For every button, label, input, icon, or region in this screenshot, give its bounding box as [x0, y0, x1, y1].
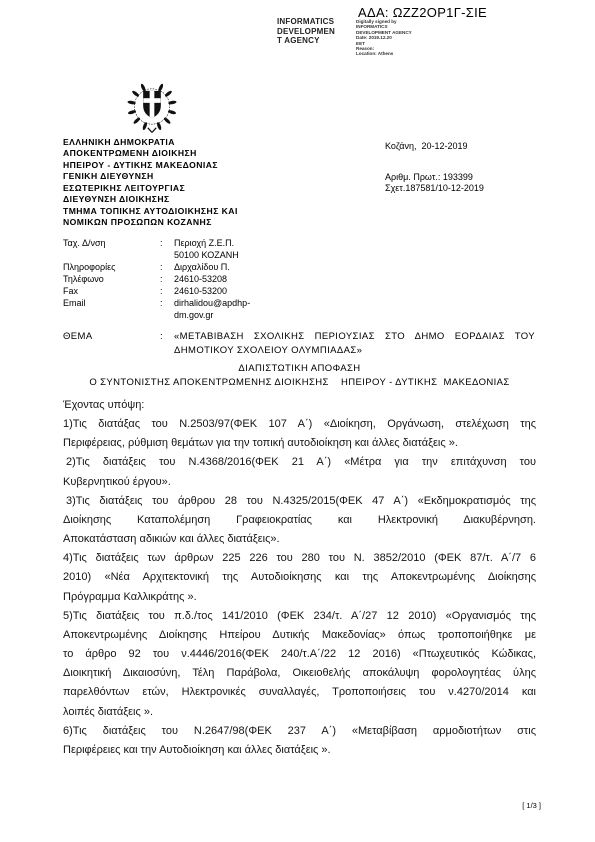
contact-row: Πληροφορίες : Διρχαλίδου Π. [63, 261, 250, 273]
org-line: ΤΜΗΜΑ ΤΟΠΙΚΗΣ ΑΥΤΟΔΙΟΙΚΗΣΗΣ ΚΑΙ [63, 206, 238, 217]
signature-agency-line: DEVELOPMEN [277, 27, 351, 37]
body-line: 3)Τις διατάξεις του άρθρου 28 του Ν.4325… [63, 492, 536, 511]
body-line: παρελθόντων ετών, Ηλεκτρονικές συναλλαγέ… [63, 683, 536, 702]
subject-colon: : [160, 330, 174, 357]
signature-detail-line: Location: Athens [356, 51, 446, 56]
coat-of-arms-icon [126, 78, 178, 140]
subject-text: «ΜΕΤΑΒΙΒΑΣΗ ΣΧΟΛΙΚΗΣ ΠΕΡΙΟΥΣΙΑΣ ΣΤΟ ΔΗΜΟ… [174, 330, 535, 357]
org-line: ΔΙΕΥΘΥΝΣΗ ΔΙΟΙΚΗΣΗΣ [63, 194, 238, 205]
contact-row: Ταχ. Δ/νση : Περιοχή Ζ.Ε.Π. 50100 ΚΟΖΑΝΗ [63, 237, 250, 261]
contact-value: Περιοχή Ζ.Ε.Π. 50100 ΚΟΖΑΝΗ [174, 237, 239, 261]
contact-label: Email [63, 297, 160, 321]
contact-label: Πληροφορίες [63, 261, 160, 273]
body-line: 4)Τις διατάξεις των άρθρων 225 226 του 2… [63, 549, 536, 568]
contact-row: Email : dirhalidou@apdhp- dm.gov.gr [63, 297, 250, 321]
subject-line: «ΜΕΤΑΒΙΒΑΣΗ ΣΧΟΛΙΚΗΣ ΠΕΡΙΟΥΣΙΑΣ ΣΤΟ ΔΗΜΟ… [174, 330, 535, 344]
document-body: Έχοντας υπόψη: 1)Τις διατάξας του Ν.2503… [63, 396, 536, 760]
subject-line: ΔΗΜΟΤΙΚΟΥ ΣΧΟΛΕΙΟΥ ΟΛΥΜΠΙΑΔΑΣ» [174, 344, 535, 358]
contact-value: 24610-53208 [174, 273, 227, 285]
signature-agency-line: INFORMATICS [277, 17, 351, 27]
body-line: το άρθρο 92 του ν.4446/2016(ΦΕΚ 240/τ.Α΄… [63, 645, 536, 664]
body-line: 1)Τις διατάξας του Ν.2503/97(ΦΕΚ 107 Α΄)… [63, 415, 536, 434]
body-line: 2)Τις διατάξεις του Ν.4368/2016(ΦΕΚ 21 Α… [63, 453, 536, 472]
decision-title: ΔΙΑΠΙΣΤΩΤΙΚΗ ΑΠΟΦΑΣΗ [63, 362, 536, 376]
contact-row: Fax : 24610-53200 [63, 285, 250, 297]
contact-value-line: Περιοχή Ζ.Ε.Π. [174, 237, 239, 249]
contact-info: Ταχ. Δ/νση : Περιοχή Ζ.Ε.Π. 50100 ΚΟΖΑΝΗ… [63, 237, 250, 321]
body-line: Διοικητική Δικαιοσύνη, Τέλη Παράβολα, Οι… [63, 664, 536, 683]
document-meta: Κοζάνη, 20-12-2019 Αριθμ. Πρωτ.: 193399 … [385, 141, 484, 195]
contact-colon: : [160, 273, 174, 285]
org-line: ΓΕΝΙΚΗ ΔΙΕΥΘΥΝΣΗ [63, 171, 238, 182]
signature-agency-text: INFORMATICS DEVELOPMEN T AGENCY [277, 17, 351, 46]
signature-details: Digitally signed by INFORMATICS DEVELOPM… [356, 17, 446, 57]
contact-value: Διρχαλίδου Π. [174, 261, 230, 273]
decision-issuer: Ο ΣΥΝΤΟΝΙΣΤΗΣ ΑΠΟΚΕΝΤΡΩΜΕΝΗΣ ΔΙΟΙΚΗΣΗΣ Η… [63, 376, 536, 390]
org-line: ΑΠΟΚΕΝΤΡΩΜΕΝΗ ΔΙΟΙΚΗΣΗ [63, 148, 238, 159]
subject-block: ΘΕΜΑ : «ΜΕΤΑΒΙΒΑΣΗ ΣΧΟΛΙΚΗΣ ΠΕΡΙΟΥΣΙΑΣ Σ… [63, 330, 535, 357]
contact-colon: : [160, 261, 174, 273]
body-line: 5)Τις διατάξεις του π.δ./τος 141/2010 (Φ… [63, 607, 536, 626]
body-line: 2010) «Νέα Αρχιτεκτονική της Αυτοδιοίκησ… [63, 568, 536, 587]
body-line: 6)Τις διατάξεις του Ν.2647/98(ΦΕΚ 237 Α΄… [63, 722, 536, 741]
signature-agency-line: T AGENCY [277, 36, 351, 46]
body-line: Αποκατάσταση αδικιών και άλλες διατάξεις… [63, 530, 536, 549]
digital-signature-block: INFORMATICS DEVELOPMEN T AGENCY Digitall… [277, 17, 446, 57]
body-line: Διοίκησης Καταπολέμηση Γραφειοκρατίας κα… [63, 511, 536, 530]
body-line: Περιφέρειας, ρύθμιση θεμάτων για την τοπ… [63, 434, 536, 453]
contact-value-line: dirhalidou@apdhp- [174, 297, 250, 309]
body-line: Έχοντας υπόψη: [63, 396, 536, 415]
contact-label: Ταχ. Δ/νση [63, 237, 160, 261]
body-line: Περιφέρειες και την Αυτοδιοίκηση και άλλ… [63, 741, 536, 760]
org-line: ΝΟΜΙΚΩΝ ΠΡΟΣΩΠΩΝ ΚΟΖΑΝΗΣ [63, 217, 238, 228]
body-line: Κυβερνητικού έργου». [63, 473, 536, 492]
decision-heading: ΔΙΑΠΙΣΤΩΤΙΚΗ ΑΠΟΦΑΣΗ Ο ΣΥΝΤΟΝΙΣΤΗΣ ΑΠΟΚΕ… [63, 362, 536, 389]
contact-row: Τηλέφωνο : 24610-53208 [63, 273, 250, 285]
contact-label: Fax [63, 285, 160, 297]
city-date: Κοζάνη, 20-12-2019 [385, 141, 484, 153]
document-page: ΑΔΑ: ΩΖΖ2ΟΡ1Γ-ΣΙΕ INFORMATICS DEVELOPMEN… [0, 0, 595, 842]
body-line: λοιπές διατάξεις ». [63, 703, 536, 722]
org-line: ΗΠΕΙΡΟΥ - ΔΥΤΙΚΗΣ ΜΑΚΕΔΟΝΙΑΣ [63, 160, 238, 171]
contact-value-line: dm.gov.gr [174, 309, 250, 321]
contact-colon: : [160, 297, 174, 321]
contact-label: Τηλέφωνο [63, 273, 160, 285]
org-header: ΕΛΛΗΝΙΚΗ ΔΗΜΟΚΡΑΤΙΑ ΑΠΟΚΕΝΤΡΩΜΕΝΗ ΔΙΟΙΚΗ… [63, 137, 238, 229]
body-line: Πρόγραμμα Καλλικράτης ». [63, 588, 536, 607]
body-line: Αποκεντρωμένης Διοίκησης Ηπείρου Δυτικής… [63, 626, 536, 645]
contact-value: 24610-53200 [174, 285, 227, 297]
contact-value: dirhalidou@apdhp- dm.gov.gr [174, 297, 250, 321]
subject-label: ΘΕΜΑ [63, 330, 160, 357]
org-line: ΕΣΩΤΕΡΙΚΗΣ ΛΕΙΤΟΥΡΓΙΑΣ [63, 183, 238, 194]
contact-colon: : [160, 285, 174, 297]
contact-colon: : [160, 237, 174, 261]
org-line: ΕΛΛΗΝΙΚΗ ΔΗΜΟΚΡΑΤΙΑ [63, 137, 238, 148]
protocol-number: Αριθμ. Πρωτ.: 193399 [385, 172, 484, 184]
page-number: [ 1/3 ] [0, 801, 541, 810]
contact-value-line: 50100 ΚΟΖΑΝΗ [174, 249, 239, 261]
related-number: Σχετ.187581/10-12-2019 [385, 183, 484, 195]
